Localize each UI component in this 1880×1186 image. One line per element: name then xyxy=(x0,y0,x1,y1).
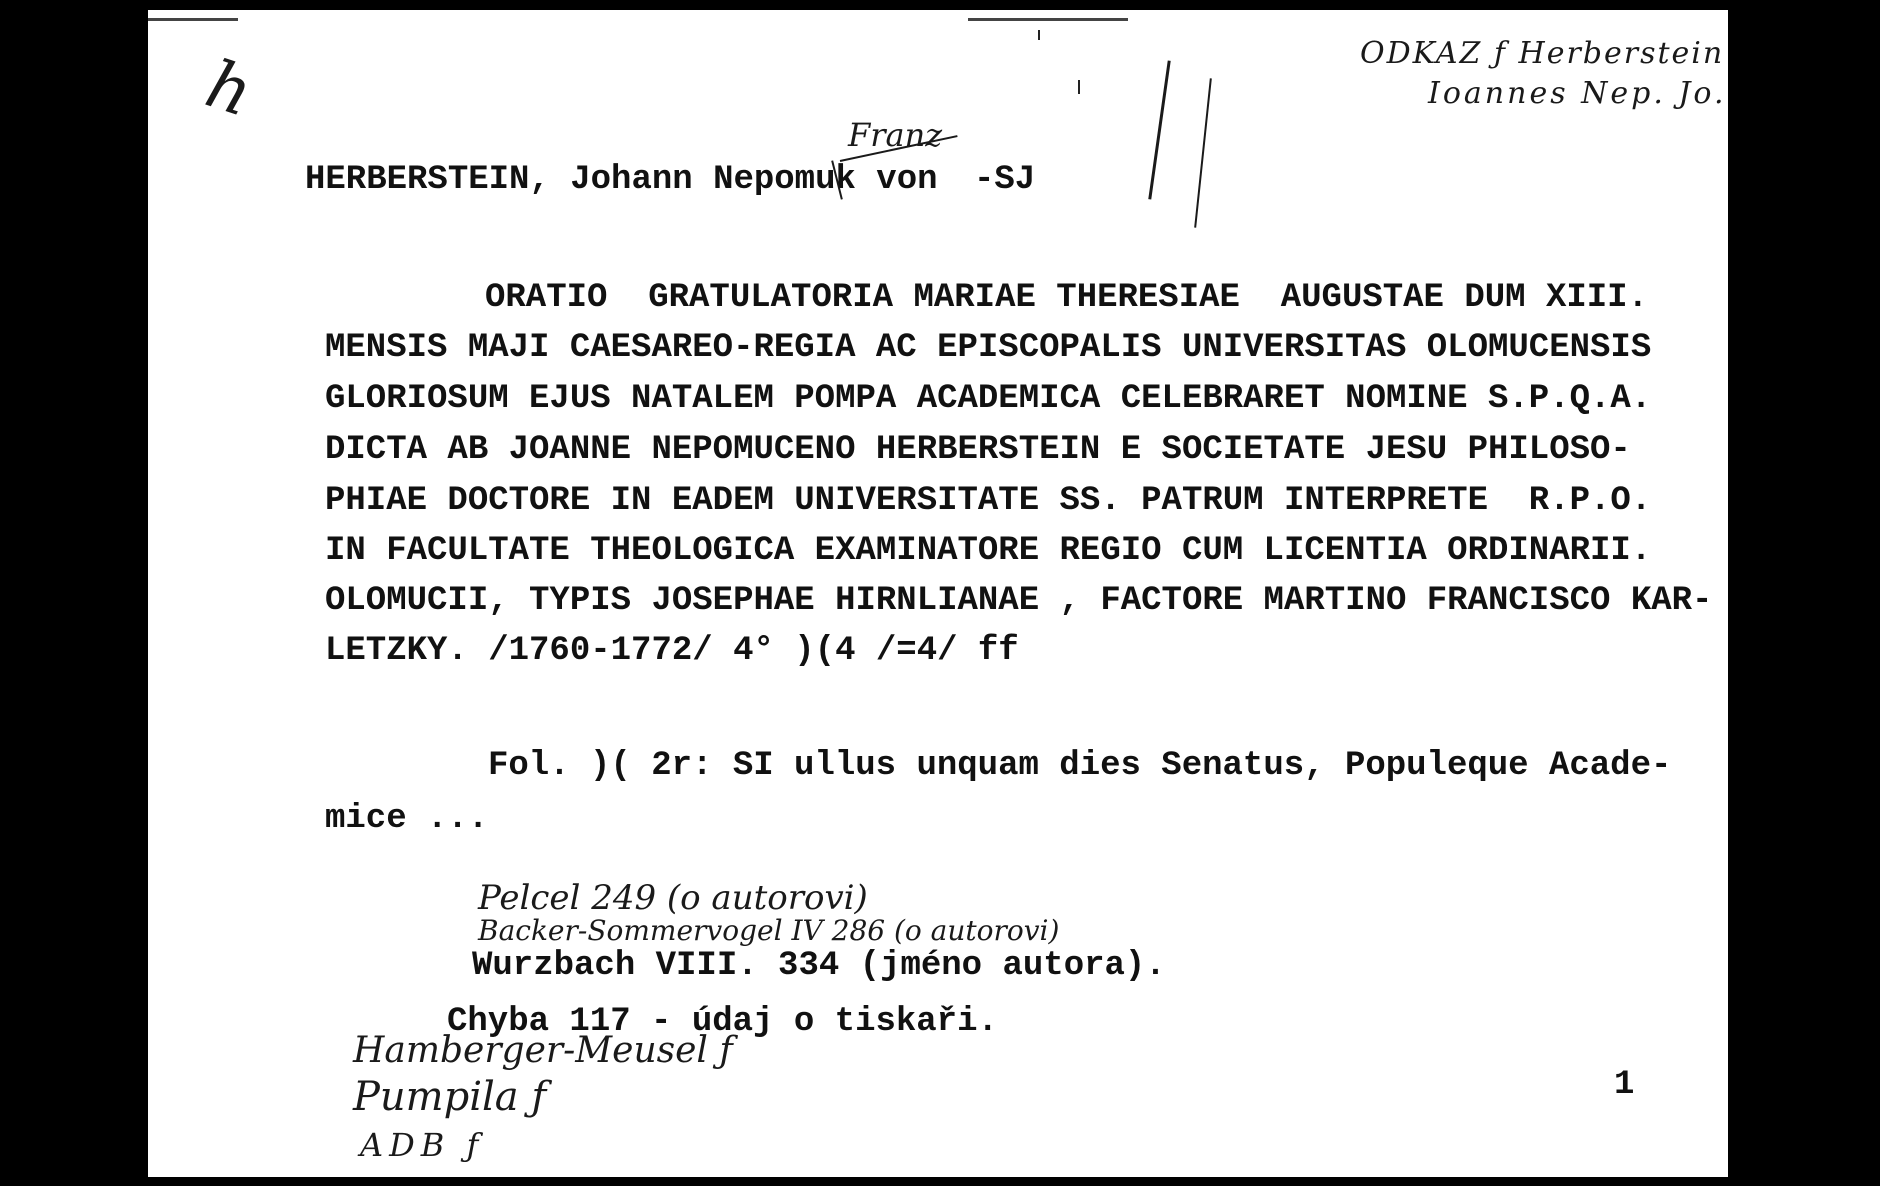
reference-handwritten-backer: Backer-Sommervogel IV 286 (o autorovi) xyxy=(478,914,1059,947)
pencil-stroke xyxy=(1148,60,1170,199)
bottom-note-line: Pumpila ƒ xyxy=(353,1074,546,1120)
incipit-line1: Fol. )( 2r: SI ullus unquam dies Senatus… xyxy=(488,749,1671,783)
title-line: DICTA AB JOANNE NEPOMUCENO HERBERSTEIN E… xyxy=(325,433,1631,467)
top-right-note-line1: ODKAZ ƒ Herberstein xyxy=(1360,36,1724,71)
scan-artifact-top xyxy=(968,18,1128,21)
scan-speck xyxy=(1078,80,1080,94)
title-line: MENSIS MAJI CAESAREO-REGIA AC EPISCOPALI… xyxy=(325,331,1651,365)
catalog-card: h ODKAZ ƒ Herberstein Ioannes Nep. Jo. H… xyxy=(148,10,1728,1177)
scan-artifact-top xyxy=(148,18,238,21)
incipit-line2: mice ... xyxy=(325,802,488,836)
bottom-note-line: Hamberger-Meusel ƒ xyxy=(353,1030,733,1071)
order-suffix: -SJ xyxy=(974,163,1035,197)
corner-handwritten-mark: h xyxy=(197,45,261,131)
title-line: OLOMUCII, TYPIS JOSEPHAE HIRNLIANAE , FA… xyxy=(325,584,1712,618)
top-right-note-line2: Ioannes Nep. Jo. xyxy=(1428,76,1727,111)
scan-speck xyxy=(1038,30,1040,40)
bottom-note-line: ADB ƒ xyxy=(360,1126,484,1164)
reference-handwritten-pelcel: Pelcel 249 (o autorovi) xyxy=(478,878,868,918)
title-line: LETZKY. /1760-1772/ 4° )(4 /=4/ ff xyxy=(325,634,1019,668)
title-line: IN FACULTATE THEOLOGICA EXAMINATORE REGI… xyxy=(325,534,1651,568)
reference-wurzbach: Wurzbach VIII. 334 (jméno autora). xyxy=(472,949,1166,983)
author-heading: HERBERSTEIN, Johann Nepomuk von xyxy=(305,163,938,197)
page-number: 1 xyxy=(1614,1068,1634,1102)
title-line: GLORIOSUM EJUS NATALEM POMPA ACADEMICA C… xyxy=(325,382,1651,416)
title-line: PHIAE DOCTORE IN EADEM UNIVERSITATE SS. … xyxy=(325,484,1651,518)
pencil-stroke xyxy=(1194,78,1212,227)
title-line: ORATIO GRATULATORIA MARIAE THERESIAE AUG… xyxy=(485,281,1648,315)
